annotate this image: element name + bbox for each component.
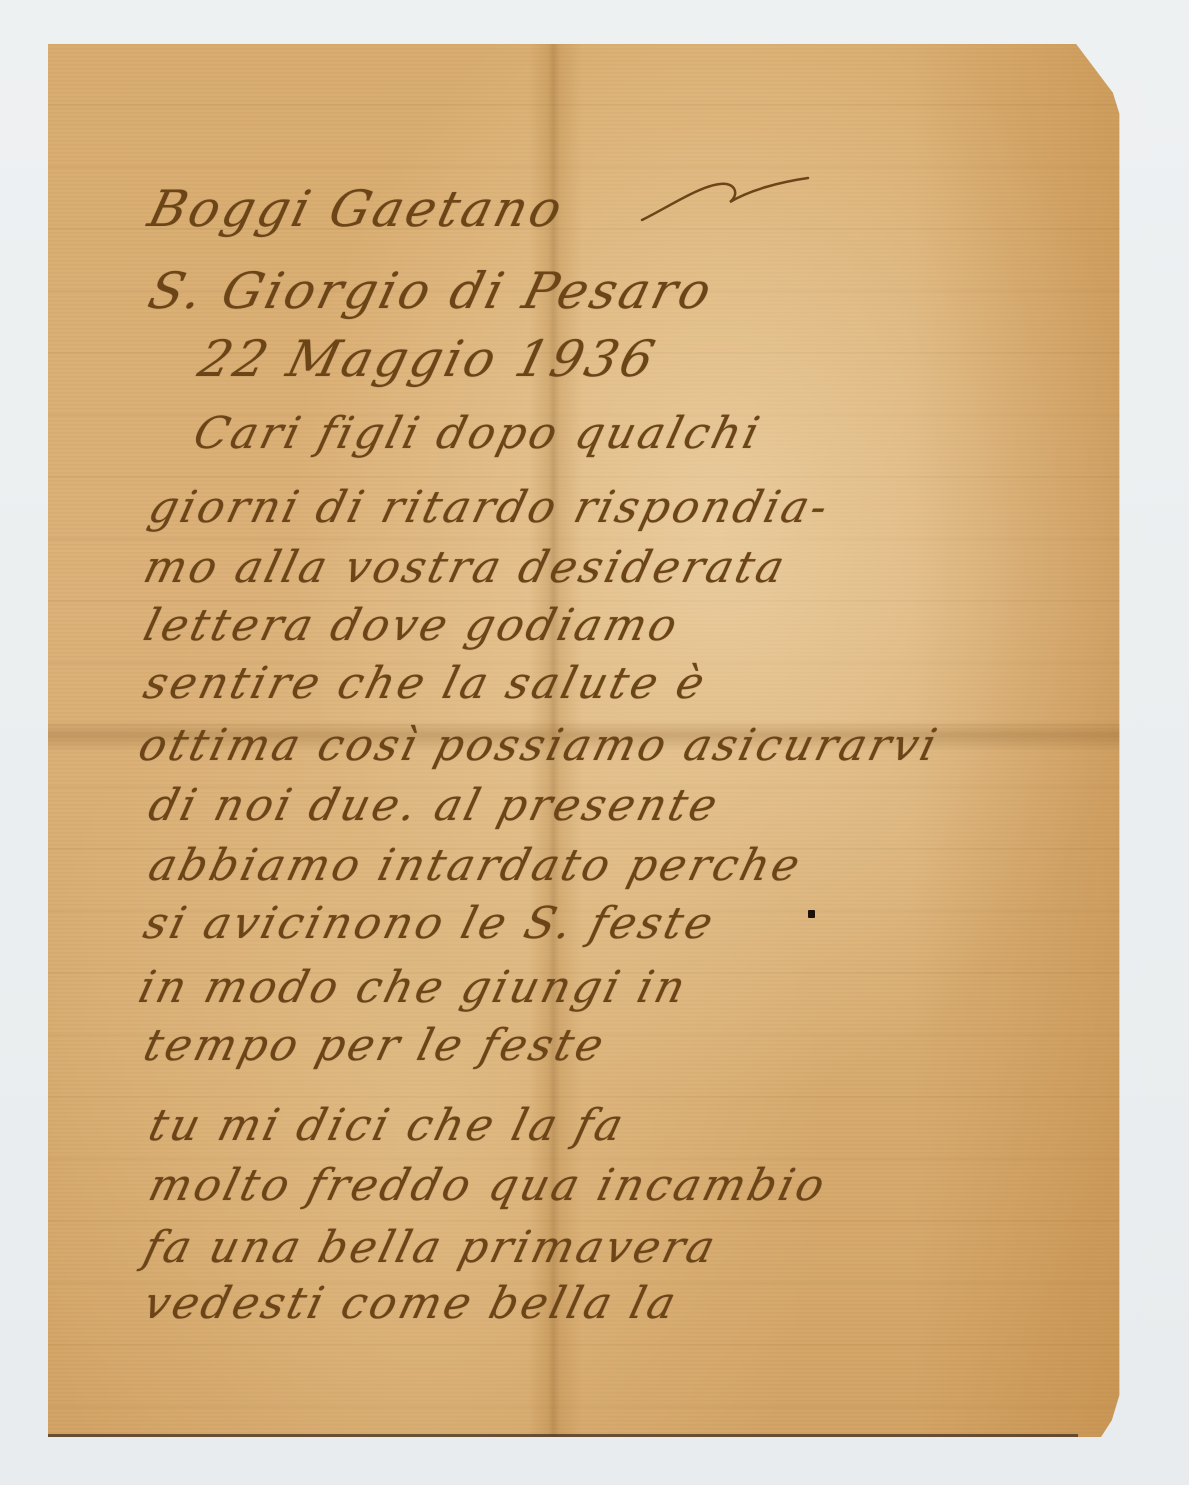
ink-blot xyxy=(808,910,815,918)
letter-line: molto freddo qua incambio xyxy=(144,1160,833,1211)
letter-line: sentire che la salute è xyxy=(139,658,713,709)
sender-place: S. Giorgio di Pesaro xyxy=(143,262,720,320)
letter-line: vedesti come bella la xyxy=(139,1278,684,1329)
signature-flourish xyxy=(640,176,810,226)
letter-line: mo alla vostra desiderata xyxy=(139,542,793,593)
letter-line: ottima così possiamo asicurarvi xyxy=(134,720,945,771)
letter-line: tu mi dici che la fa xyxy=(144,1100,631,1151)
letter-line: Cari figli dopo qualchi xyxy=(189,408,768,459)
paper-bottom-edge xyxy=(48,1434,1078,1437)
letter-date: 22 Maggio 1936 xyxy=(193,330,663,388)
letter-line: lettera dove godiamo xyxy=(139,600,685,651)
letter-line: fa una bella primavera xyxy=(139,1222,723,1273)
letter-line: in modo che giungi in xyxy=(134,962,694,1013)
letter-line: abbiamo intardato perche xyxy=(144,840,808,891)
letter-line: giorni di ritardo rispondia- xyxy=(144,482,836,533)
sender-name: Boggi Gaetano xyxy=(143,180,571,238)
letter-line: di noi due. al presente xyxy=(144,780,726,831)
letter-line: tempo per le feste xyxy=(139,1020,612,1071)
letter-line: si avicinono le S. feste xyxy=(139,898,721,949)
